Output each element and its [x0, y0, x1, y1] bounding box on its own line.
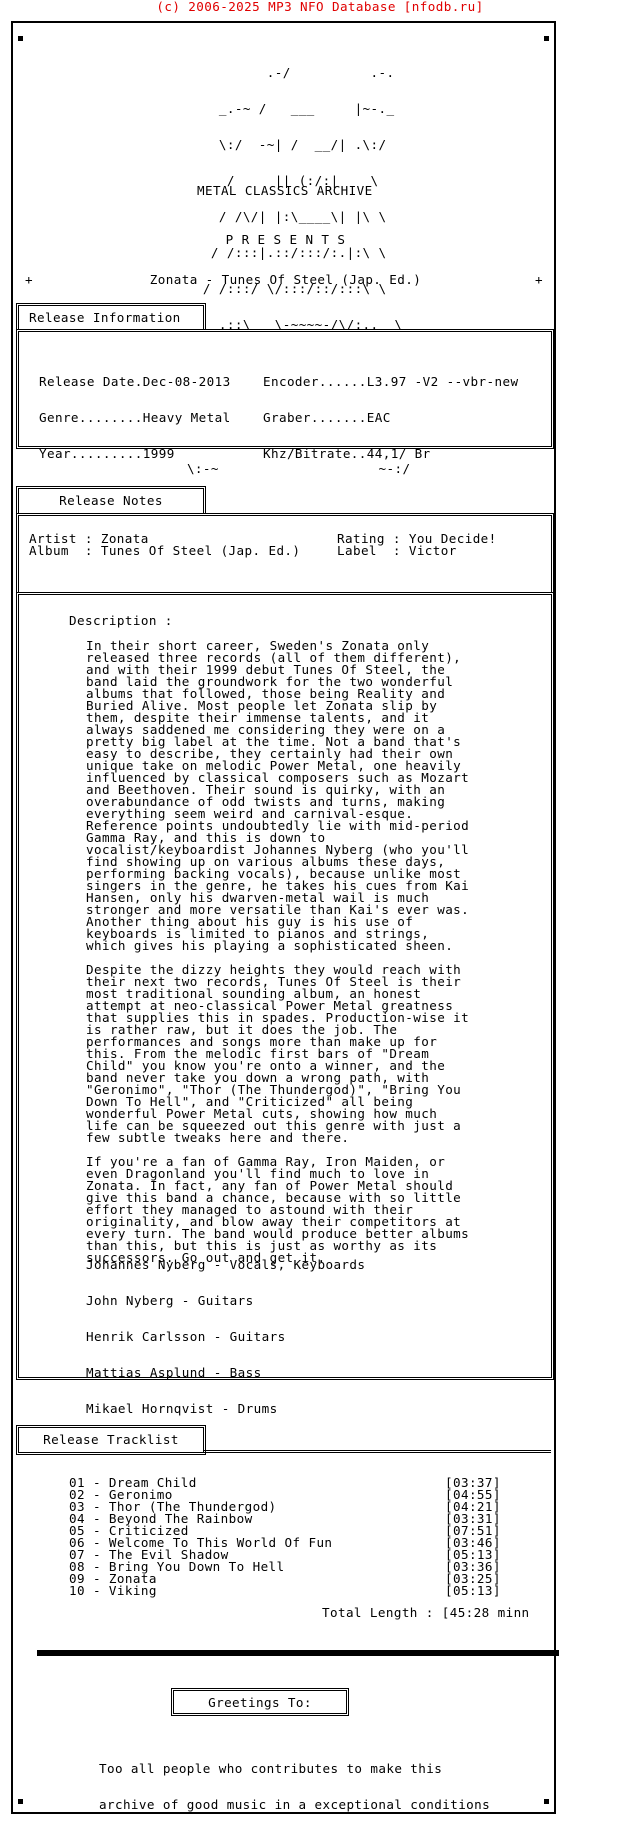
total-length: Total Length : [45:28 minn [322, 1607, 530, 1619]
logo-caption: METAL CLASSICS ARCHIVE [197, 185, 373, 197]
release-title: Zonata - Tunes Of Steel (Jap. Ed.) [13, 274, 558, 286]
ascii-line: .-/ .-. [163, 67, 418, 79]
release-date: Release Date.Dec-08-2013 [39, 376, 231, 388]
release-notes-tab-label: Release Notes [19, 495, 203, 507]
lineup-member: Mattias Asplund - Bass [86, 1367, 365, 1379]
graber: Graber.......EAC [263, 412, 518, 424]
ascii-line: / /:::|.::/:::/:.|:\ \ [163, 247, 418, 259]
lineup-member: John Nyberg - Guitars [86, 1295, 365, 1307]
ascii-line: / /\/| |:\____\| |\ \ [163, 211, 418, 223]
greetings-line: archive of good music in a exceptional c… [99, 1799, 490, 1811]
corner-dot-icon [18, 36, 23, 41]
genre: Genre........Heavy Metal [39, 412, 231, 424]
nfo-frame: .-/ .-. _.-~ / ___ |~-._ \:/ -~| / __/| … [11, 21, 556, 1814]
tracklist-rule [203, 1450, 551, 1456]
year: Year.........1999 [39, 448, 231, 460]
corner-dot-icon [18, 1799, 23, 1804]
greetings-line: Too all people who contributes to make t… [99, 1763, 490, 1775]
album-field: Album : Tunes Of Steel (Jap. Ed.) [29, 545, 300, 557]
corner-dot-icon [544, 36, 549, 41]
release-info-box: Release Date.Dec-08-2013 Genre........He… [16, 329, 554, 449]
lineup-member: Henrik Carlsson - Guitars [86, 1331, 365, 1343]
description-text: In their short career, Sweden's Zonata o… [86, 640, 469, 1264]
label-field: Label : Victor [337, 545, 457, 557]
lineup-member: Mikael Hornqvist - Drums [86, 1403, 365, 1415]
greetings-text: Too all people who contributes to make t… [99, 1739, 490, 1835]
greetings-box: Greetings To: [171, 1688, 349, 1716]
track-title: 10 - Viking [69, 1585, 157, 1597]
bitrate: Khz/Bitrate..44,1/ Br [263, 448, 518, 460]
description-heading: Description : [69, 615, 173, 627]
release-info-tab-label: Release Information [29, 312, 181, 324]
release-notes-tab: Release Notes [16, 486, 206, 516]
copyright-header: (c) 2006-2025 MP3 NFO Database [nfodb.ru… [0, 0, 640, 14]
ascii-line: _.-~ / ___ |~-._ [163, 103, 418, 115]
presents-heading: P R E S E N T S [13, 234, 558, 246]
lineup-list: Johannes Nyberg - Vocals, Keyboards John… [86, 1235, 365, 1439]
title-right-marker: + [535, 274, 543, 286]
description-box: Description : In their short career, Swe… [16, 592, 554, 1380]
ascii-line: \:/ -~| / __/| .\:/ [163, 139, 418, 151]
tracklist-tab: Release Tracklist [16, 1425, 206, 1455]
lineup-member: Johannes Nyberg - Vocals, Keyboards [86, 1259, 365, 1271]
greetings-label: Greetings To: [174, 1697, 346, 1709]
track-duration: [05:13] [445, 1585, 501, 1597]
track-row: 10 - Viking[05:13] [69, 1585, 509, 1597]
encoder: Encoder......L3.97 -V2 --vbr-new [263, 376, 518, 388]
release-notes-meta-box: Artist : Zonata Album : Tunes Of Steel (… [16, 513, 554, 595]
corner-dot-icon [544, 1799, 549, 1804]
section-divider [37, 1650, 559, 1656]
tracklist-tab-label: Release Tracklist [19, 1434, 203, 1446]
